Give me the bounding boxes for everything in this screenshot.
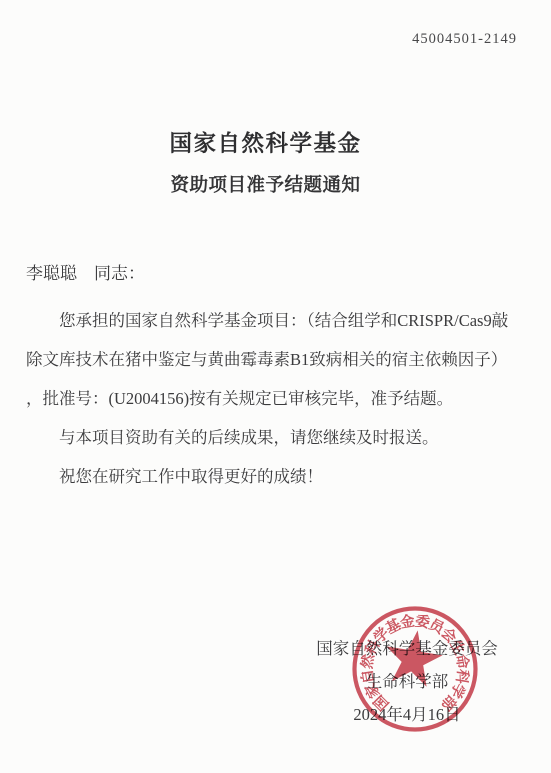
letter-subtitle: 资助项目准予结题通知 [0, 173, 541, 196]
signature-date: 2024年4月16日 [297, 698, 517, 731]
paragraph-1-line-3: ，批准号：(U2004156)按有关规定已审核完毕，准予结题。 [26, 379, 532, 418]
paragraph-3: 祝您在研究工作中取得更好的成绩！ [26, 457, 532, 496]
document-number: 45004501-2149 [412, 31, 517, 48]
seal-ring-char: 金 [399, 612, 417, 632]
paragraph-1-line-2: 除文库技术在猪中鉴定与黄曲霉毒素B1致病相关的宿主依赖因子） [26, 340, 532, 379]
signature-block: 国家自然科学基金委员会 生命科学部 2024年4月16日 [297, 632, 517, 731]
letter-body: 您承担的国家自然科学基金项目：（结合组学和CRISPR/Cas9敲 除文库技术在… [26, 301, 532, 496]
paragraph-1-line-1: 您承担的国家自然科学基金项目：（结合组学和CRISPR/Cas9敲 [26, 301, 532, 340]
signature-department: 生命科学部 [297, 665, 517, 698]
document-page: 45004501-2149 国家自然科学基金 资助项目准予结题通知 李聪聪 同志… [0, 0, 551, 773]
letter-title: 国家自然科学基金 [0, 130, 541, 157]
salutation: 李聪聪 同志： [26, 259, 145, 284]
paragraph-2: 与本项目资助有关的后续成果，请您继续及时报送。 [26, 418, 532, 457]
signature-organization: 国家自然科学基金委员会 [297, 632, 517, 665]
seal-ring-char: 委 [414, 612, 432, 632]
letter-heading: 国家自然科学基金 资助项目准予结题通知 [0, 130, 541, 196]
